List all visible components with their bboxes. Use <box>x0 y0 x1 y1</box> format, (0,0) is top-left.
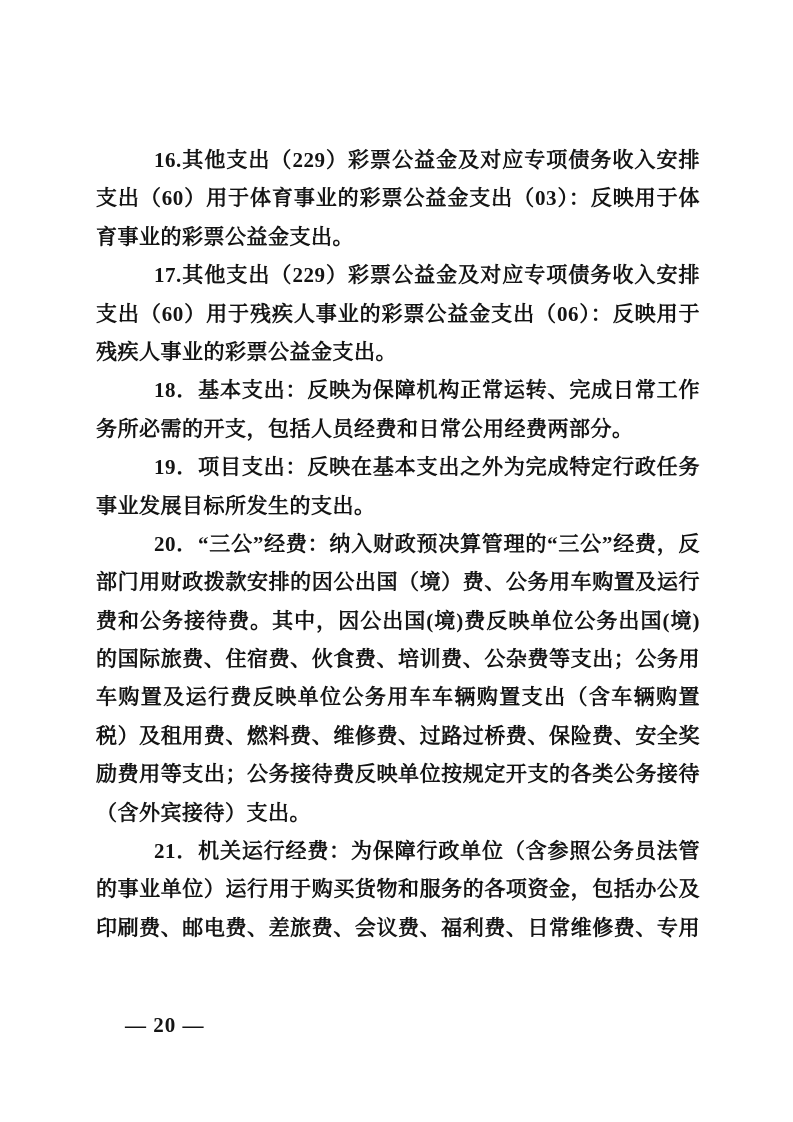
text-line: 务所必需的开支，包括人员经费和日常公用经费两部分。 <box>96 410 700 448</box>
text-line: 16.其他支出（229）彩票公益金及对应专项债务收入安排的 <box>96 141 700 179</box>
paragraph: 16.其他支出（229）彩票公益金及对应专项债务收入安排的支出（60）用于体育事… <box>96 141 700 256</box>
text-line: 励费用等支出；公务接待费反映单位按规定开支的各类公务接待 <box>96 755 700 793</box>
text-line: 残疾人事业的彩票公益金支出。 <box>96 333 700 371</box>
text-line: 育事业的彩票公益金支出。 <box>96 218 700 256</box>
page-footer: — 20 — <box>125 1012 205 1038</box>
text-line: 支出（60）用于体育事业的彩票公益金支出（03）：反映用于体 <box>96 179 700 217</box>
text-line: 18．基本支出：反映为保障机构正常运转、完成日常工作任 <box>96 371 700 409</box>
text-line: 税）及租用费、燃料费、维修费、过路过桥费、保险费、安全奖 <box>96 717 700 755</box>
text-line: 19．项目支出：反映在基本支出之外为完成特定行政任务和 <box>96 448 700 486</box>
text-line: 事业发展目标所发生的支出。 <box>96 487 700 525</box>
text-line: 部门用财政拨款安排的因公出国（境）费、公务用车购置及运行 <box>96 563 700 601</box>
paragraph: 20．“三公”经费：纳入财政预决算管理的“三公”经费，反映部门用财政拨款安排的因… <box>96 525 700 832</box>
page-number: — 20 — <box>125 1013 205 1037</box>
paragraph: 17.其他支出（229）彩票公益金及对应专项债务收入安排的支出（60）用于残疾人… <box>96 256 700 371</box>
paragraph: 21．机关运行经费：为保障行政单位（含参照公务员法管理的事业单位）运行用于购买货… <box>96 832 700 947</box>
text-line: 费和公务接待费。其中，因公出国(境)费反映单位公务出国(境) <box>96 602 700 640</box>
text-line: 17.其他支出（229）彩票公益金及对应专项债务收入安排的 <box>96 256 700 294</box>
text-line: 印刷费、邮电费、差旅费、会议费、福利费、日常维修费、专用 <box>96 909 700 947</box>
text-line: 的事业单位）运行用于购买货物和服务的各项资金，包括办公及 <box>96 870 700 908</box>
document-body: 16.其他支出（229）彩票公益金及对应专项债务收入安排的支出（60）用于体育事… <box>96 141 700 947</box>
text-line: 支出（60）用于残疾人事业的彩票公益金支出（06）：反映用于 <box>96 295 700 333</box>
text-line: 车购置及运行费反映单位公务用车车辆购置支出（含车辆购置 <box>96 678 700 716</box>
document-page: 16.其他支出（229）彩票公益金及对应专项债务收入安排的支出（60）用于体育事… <box>0 0 793 1122</box>
text-line: 21．机关运行经费：为保障行政单位（含参照公务员法管理 <box>96 832 700 870</box>
paragraph: 18．基本支出：反映为保障机构正常运转、完成日常工作任务所必需的开支，包括人员经… <box>96 371 700 448</box>
text-line: （含外宾接待）支出。 <box>96 794 700 832</box>
text-line: 20．“三公”经费：纳入财政预决算管理的“三公”经费，反映 <box>96 525 700 563</box>
text-line: 的国际旅费、住宿费、伙食费、培训费、公杂费等支出；公务用 <box>96 640 700 678</box>
paragraph: 19．项目支出：反映在基本支出之外为完成特定行政任务和事业发展目标所发生的支出。 <box>96 448 700 525</box>
